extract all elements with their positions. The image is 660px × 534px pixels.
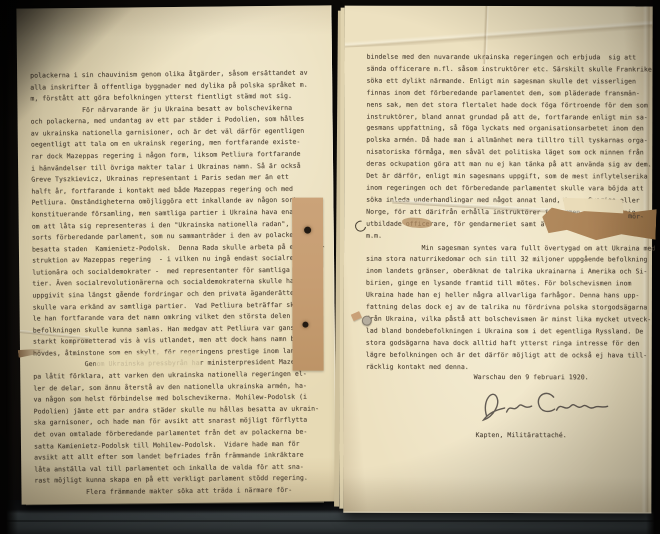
tape-tab [351,311,362,321]
tape-text-fragment: mör- [628,212,644,221]
left-page: polackerna i sin chauvinism genom olika … [16,5,336,504]
text-line: sina stora naturrikedomar och sin till 3… [366,254,655,267]
right-page: bindelse med den nuvarande ukrainska reg… [343,6,652,514]
text-line: polska armén. Då hade man i allmänhet me… [366,135,655,148]
punch-hole [362,316,372,326]
text-line: gesmans uppfattning, så föga lyckats med… [366,123,655,136]
sheet-edge [339,8,344,509]
text-line: Det är därför, enligt min sagesmans uppg… [366,171,655,184]
text-line: söka ett dylikt närmande. Enligt min sag… [366,75,655,88]
left-page-text: polackerna i sin chauvinism genom olika … [30,67,328,498]
text-line: fattning delas dock ej av de talrika nu … [366,302,655,315]
fastener-dot [302,322,308,328]
text-line: nens sak, men det stora flertalet hade d… [366,99,655,112]
text-line: inom landets gränser, oberäknat de talri… [366,266,655,279]
text-line: deras ockupation göra att man nu ej kan … [366,159,655,172]
text-line: lägre befolkningen och är det därför möj… [366,349,655,362]
text-line: Flera främmande makter söka att träda i … [34,484,327,499]
reinforcement-strip [292,198,324,371]
frame-shadow-left [0,0,18,534]
text-line: räcklig kontakt med denna. [366,361,655,374]
dateline: Warschau den 9 februari 1920. [474,373,589,381]
signature-title: Kapten, Militärattaché. [476,431,567,439]
text-line: inom regeringen och det förberedande par… [366,183,655,196]
ink-smudge [96,352,200,371]
text-line: Ukraina hade han ej heller några allvarl… [366,290,655,303]
photographed-document-scene: polackerna i sin chauvinism genom olika … [0,0,660,534]
text-line: birien, ginge en lysande framtid till mö… [366,278,655,291]
text-line: bindelse med den nuvarande ukrainska reg… [367,52,656,65]
text-line: Min sagesman syntes vara fullt övertygad… [366,242,655,255]
signature [474,382,614,432]
paper-fold [344,20,652,47]
text-line: instruktörer, bland annat grundad på att… [366,111,655,124]
signature-ink-icon [474,382,614,432]
text-line: nisatoriska förmåga, men såväl det polit… [366,147,655,160]
text-line: sända officerare m.fl. såsom instruktöre… [366,64,655,77]
text-line: från Ukraina, vilka påstå att bolschevis… [366,314,655,327]
text-line: lad bland bondebefolkningen i Ukraina so… [366,325,655,338]
text-line: stora godsägarna hava dock alltid haft y… [366,337,655,350]
fastener-dot [304,227,311,234]
text-line: finnas inom det förberedande parlamentet… [366,87,655,100]
